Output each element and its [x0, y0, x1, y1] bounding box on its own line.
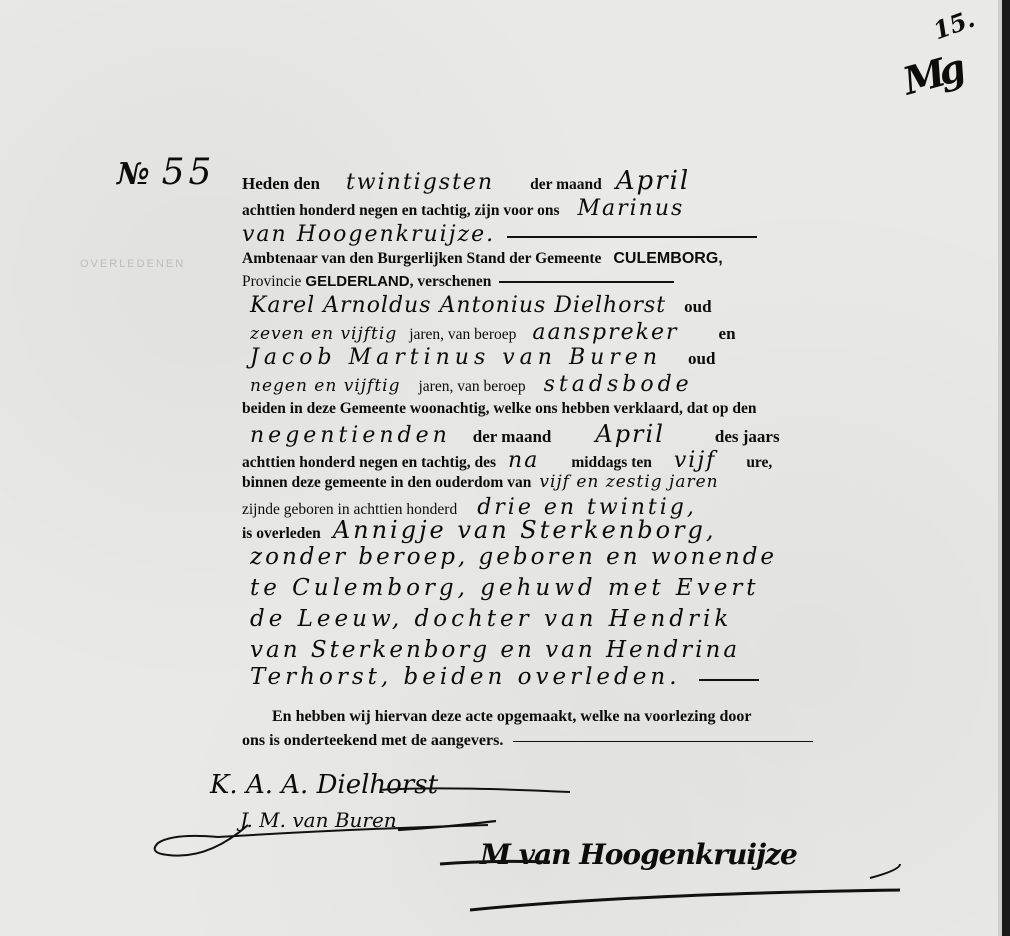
printed-text: des jaars [715, 427, 780, 446]
closing-line-2: ons is onderteekend met de aangevers. [242, 732, 813, 750]
record-line-11: negentienden der maand April des jaars [250, 420, 780, 448]
printed-text: jaren, van beroep [418, 378, 525, 395]
record-line-5: Provincie GELDERLAND, verschenen [242, 273, 674, 291]
handwritten-witness2-occupation: stadsbode [544, 372, 693, 397]
record-number-value: 55 [162, 152, 216, 193]
handwritten-text: Terhorst, beiden overleden. [250, 664, 681, 690]
record-line-18: de Leeuw, dochter van Hendrik [250, 606, 732, 632]
folio-initials: Mg [898, 45, 964, 103]
printed-text: En hebben wij hiervan deze acte opgemaak… [272, 708, 752, 725]
signature-flourish-1 [380, 782, 580, 802]
fill-line [513, 741, 813, 743]
printed-text: Heden den [242, 174, 320, 193]
printed-text: binnen deze gemeente in den ouderdom van [242, 474, 531, 491]
printed-text: is overleden [242, 525, 321, 542]
record-line-15: is overleden Annigje van Sterkenborg, [242, 516, 717, 544]
record-number: №55 [117, 152, 215, 193]
handwritten-text: de Leeuw, dochter van Hendrik [250, 606, 732, 632]
printed-text: der maand [473, 427, 552, 446]
printed-text: oud [688, 349, 715, 368]
printed-text: der maand [530, 176, 602, 193]
handwritten-death-day: negentienden [250, 423, 451, 448]
handwritten-witness2-age: negen en vijftig [250, 376, 400, 396]
handwritten-text: zonder beroep, geboren en wonende [250, 544, 777, 570]
record-line-13: binnen deze gemeente in den ouderdom van… [242, 472, 719, 492]
handwritten-text: te Culemborg, gehuwd met Evert [250, 575, 760, 601]
record-line-12: achttien honderd negen en tachtig, des n… [242, 448, 772, 473]
fill-line [499, 281, 674, 283]
handwritten-day: twintigsten [346, 170, 494, 195]
folio-annotation: 15. Mg [895, 10, 985, 110]
printed-text: oud [684, 297, 711, 316]
signature-flourish-3 [430, 850, 910, 920]
fill-line [507, 236, 757, 238]
record-line-4: Ambtenaar van den Burgerlijken Stand der… [242, 250, 723, 268]
printed-text: jaren, van beroep [409, 326, 516, 343]
printed-text: beiden in deze Gemeente woonachtig, welk… [242, 400, 757, 417]
handwritten-official-surname: van Hoogenkruijze. [242, 222, 495, 247]
printed-text: Ambtenaar van den Burgerlijken Stand der… [242, 250, 601, 267]
record-line-8: Jacob Martinus van Buren oud [250, 345, 715, 370]
handwritten-official-name: Marinus [577, 196, 684, 221]
printed-text: achttien honderd negen en tachtig, des [242, 454, 496, 471]
handwritten-death-month: April [595, 420, 665, 448]
record-line-1: Heden den twintigsten der maand April [242, 166, 690, 196]
printed-text: ons is onderteekend met de aangevers. [242, 732, 503, 749]
record-line-2: achttien honderd negen en tachtig, zijn … [242, 196, 684, 221]
printed-text: middags ten [571, 454, 652, 471]
number-sign: № [117, 157, 150, 192]
folio-number: 15. [929, 4, 978, 46]
handwritten-witness1-name: Karel Arnoldus Antonius Dielhorst [250, 293, 666, 318]
record-line-6: Karel Arnoldus Antonius Dielhorst oud [250, 293, 712, 318]
printed-text: en [719, 324, 736, 343]
handwritten-witness1-occupation: aanspreker [532, 320, 678, 345]
record-line-16: zonder beroep, geboren en wonende [250, 544, 777, 570]
closing-line-1: En hebben wij hiervan deze acte opgemaak… [272, 708, 752, 726]
handwritten-time-of-day: na [508, 448, 539, 473]
bleed-through-text: OVERLEDENEN [80, 258, 185, 270]
record-line-7: zeven en vijftig jaren, van beroep aansp… [250, 320, 736, 345]
handwritten-deceased-name: Annigje van Sterkenborg, [333, 516, 717, 544]
handwritten-deceased-age: vijf en zestig jaren [539, 472, 718, 492]
record-line-17: te Culemborg, gehuwd met Evert [250, 575, 760, 601]
printed-text: , verschenen [410, 273, 492, 290]
page-edge [1002, 0, 1010, 936]
handwritten-month: April [616, 166, 690, 196]
province-name: GELDERLAND [305, 273, 409, 290]
record-line-9: negen en vijftig jaren, van beroep stads… [250, 372, 693, 397]
handwritten-witness1-age: zeven en vijftig [250, 324, 397, 344]
handwritten-hour: vijf [674, 448, 716, 473]
fill-line [699, 679, 759, 681]
printed-text: ure, [746, 454, 772, 471]
record-line-3: van Hoogenkruijze. [242, 222, 757, 247]
record-line-20: Terhorst, beiden overleden. [250, 664, 759, 690]
municipality-name: CULEMBORG, [613, 250, 722, 267]
record-line-19: van Sterkenborg en van Hendrina [250, 637, 740, 663]
handwritten-witness2-name: Jacob Martinus van Buren [250, 345, 662, 370]
handwritten-text: van Sterkenborg en van Hendrina [250, 637, 740, 663]
printed-text: achttien honderd negen en tachtig, zijn … [242, 202, 559, 219]
record-line-10: beiden in deze Gemeente woonachtig, welk… [242, 400, 757, 418]
printed-text: Provincie [242, 273, 301, 290]
